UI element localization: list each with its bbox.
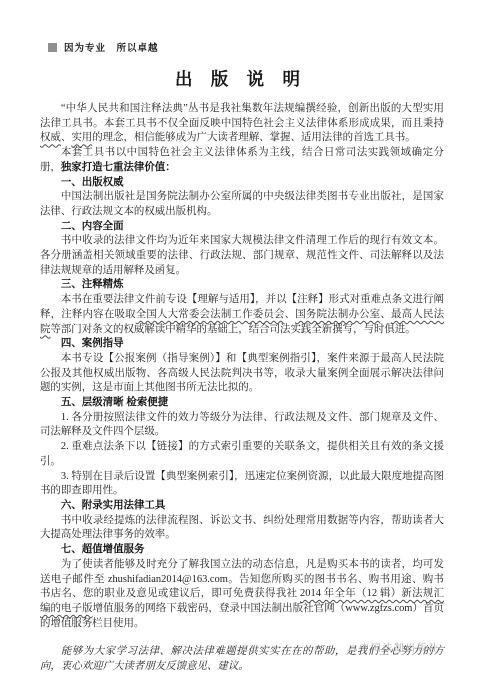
brand-header: 因为专业 所以卓越 <box>48 40 159 54</box>
section-heading-5: 五、层级清晰 检索便捷 <box>40 396 444 411</box>
bold-run: 独家打造七重法律价值： <box>61 162 176 173</box>
document-page: 因为专业 所以卓越 出 版 说 明 “中华人民共和国注释法典”丛书是我社集数年法… <box>0 0 482 681</box>
list-item-5-1: 1. 各分册按照法律文件的效力等级分为法律、行政法规及文件、部门规章及文件、司法… <box>40 411 444 440</box>
text-run: 、 <box>380 309 391 320</box>
section-heading-3: 三、注释精炼 <box>40 278 444 293</box>
section-paragraph-7: 为了使读者能够及时充分了解我国立法的动态信息，凡是购买本书的读者，均可发送电子邮… <box>40 558 444 632</box>
section-paragraph-6: 书中收录经提炼的法律流程图、诉讼文书、纠纷处理常用数据等内容，帮助读者大大提高处… <box>40 514 444 543</box>
document-body: “中华人民共和国注释法典”丛书是我社集数年法规编撰经验，创新出版的大型实用法律工… <box>40 102 444 675</box>
page-title: 出 版 说 明 <box>0 66 482 91</box>
section-paragraph-2: 书中收录的法律文件均为近年来国家大规模法律文件清理工作后的现行有效文本。各分册涵… <box>40 234 444 278</box>
text-run: “中华人民共和国注释法典”丛书是我社集数年法规编撰经验，创新出版的大型实用法律工… <box>40 103 444 129</box>
section-paragraph-3: 本书在重要法律文件前专设【理解与适用】，并以【注释】形式对重难点条文进行阐释，注… <box>40 293 444 337</box>
emphasis-run: 权威 <box>40 132 61 143</box>
text-run: 等部门对条文的权威解读中精华的基础上，结合司法实践全新撰写，与时俱进。 <box>50 324 415 335</box>
proper-noun-run: 全国人大常委会法制工作委员会 <box>136 309 285 320</box>
emphasis-run: 实用 <box>71 132 92 143</box>
text-run: 增值服务的网络下载密码，登录中国法制出版社官网（www.zgfzs.com）首页… <box>40 603 444 629</box>
section-paragraph-4: 本书专设【公报案例（指导案例）】和【典型案例指引】，案件来源于最高人民法院公报及… <box>40 352 444 396</box>
section-heading-7: 七、超值增值服务 <box>40 543 444 558</box>
text-run: 、 <box>285 309 296 320</box>
square-bullet-icon <box>48 43 57 52</box>
section-heading-1: 一、出版权威 <box>40 176 444 191</box>
text-run: 的理念，相信能够成为广大读者理解、掌握、适用法律的首选工具书。 <box>92 132 416 143</box>
section-heading-6: 六、附录实用法律工具 <box>40 499 444 514</box>
text-run: 、 <box>61 132 71 143</box>
publisher-imprint: 中国法制出版社 <box>359 640 440 654</box>
brand-tagline: 因为专业 所以卓越 <box>64 40 159 54</box>
section-heading-2: 二、内容全面 <box>40 220 444 235</box>
intro-paragraph-2: 本套工具书以中国特色社会主义法律体系为主线，结合日常司法实践领域确定分册，独家打… <box>40 146 444 175</box>
section-paragraph-1: 中国法制出版社是国务院法制办公室所属的中央级法律类图书专业出版社，是国家法律、行… <box>40 190 444 219</box>
intro-paragraph-1: “中华人民共和国注释法典”丛书是我社集数年法规编撰经验，创新出版的大型实用法律工… <box>40 102 444 146</box>
list-item-5-2: 2. 重难点法条下以【链接】的方式索引重要的关联条文，提供相关且有效的条文援引。 <box>40 440 444 469</box>
section-heading-4: 四、案例指导 <box>40 337 444 352</box>
list-item-5-3: 3. 特别在目录后设置【典型案例索引】，迅速定位案例资源，以此最大限度地提高图书… <box>40 470 444 499</box>
proper-noun-run: 国务院法制办公室 <box>295 309 380 320</box>
